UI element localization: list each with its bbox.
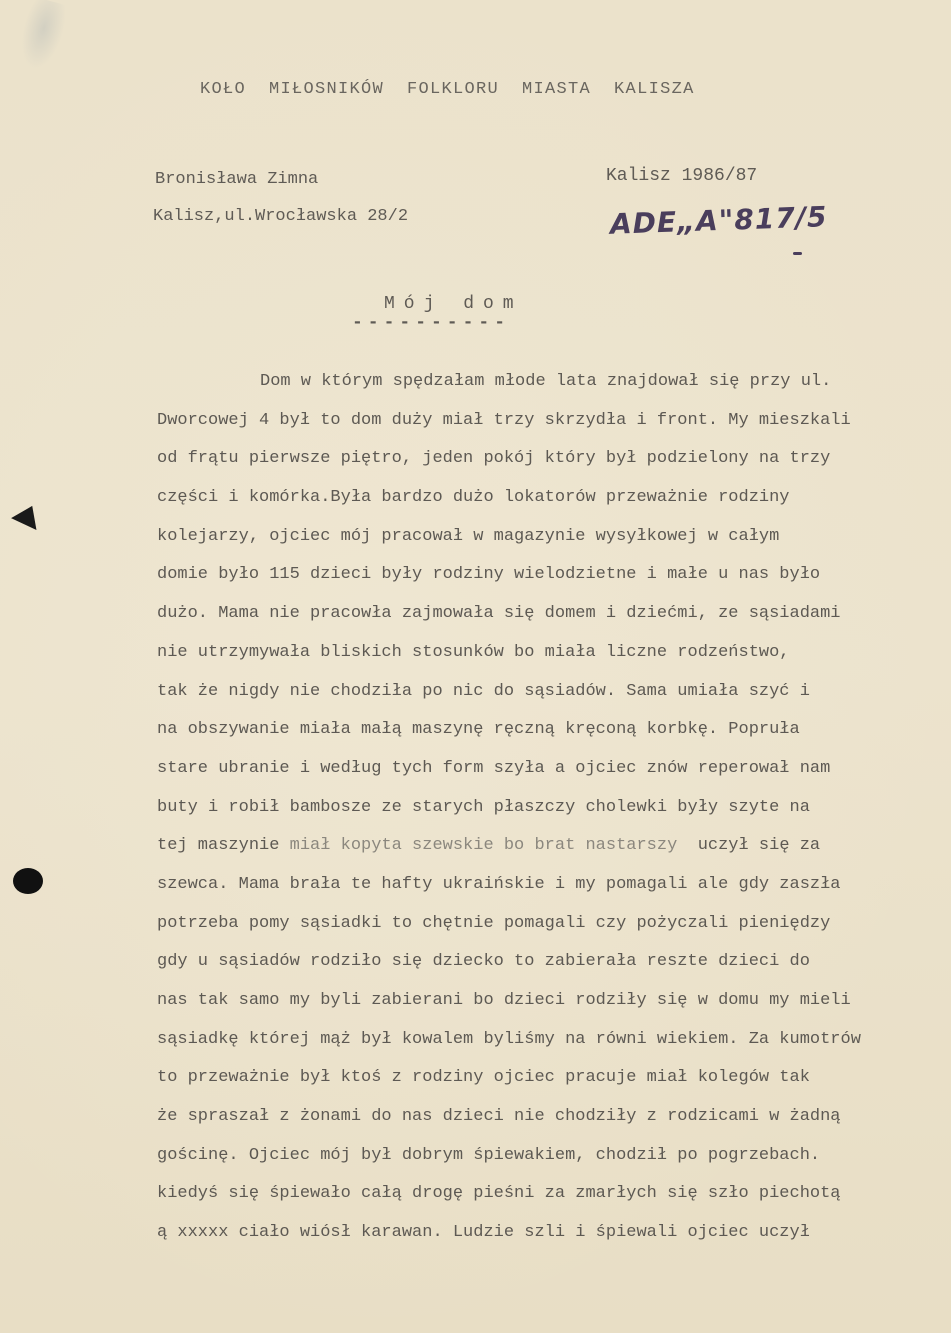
body-line: tej maszynie miał kopyta szewskie bo bra… [157,832,951,871]
document-page: KOŁO MIŁOSNIKÓW FOLKLORU MIASTA KALISZA … [0,0,951,1333]
body-line: nas tak samo my byli zabierani bo dzieci… [157,987,951,1026]
body-line: to przeważnie był ktoś z rodziny ojciec … [157,1064,951,1103]
body-line: stare ubranie i według tych form szyła a… [157,755,951,794]
body-line: gdy u sąsiadów rodziło się dziecko to za… [157,948,951,987]
body-line: na obszywanie miała małą maszynę ręczną … [157,716,951,755]
body-line: sąsiadkę której mąż był kowalem byliśmy … [157,1026,951,1065]
archive-code-handwritten: ADE„A"817/5 [609,200,828,241]
body-line: buty i robił bambosze ze starych płaszcz… [157,794,951,833]
body-line: kiedyś się śpiewało całą drogę pieśni za… [157,1180,951,1219]
document-title: Mój dom [384,294,523,314]
body-line: szewca. Mama brała te hafty ukraińskie i… [157,871,951,910]
faint-typed-segment: miał kopyta szewskie bo brat nastarszy [290,836,678,855]
body-line: że spraszał z żonami do nas dzieci nie c… [157,1103,951,1142]
body-line: Dom w którym spędzałam młode lata znajdo… [157,368,951,407]
body-line: kolejarzy, ojciec mój pracował w magazyn… [157,523,951,562]
body-line: tak że nigdy nie chodziła po nic do sąsi… [157,678,951,717]
body-line: potrzeba pomy sąsiadki to chętnie pomaga… [157,910,951,949]
margin-ink-mark [11,500,45,530]
title-underline: ---------- [352,313,510,333]
body-line: nie utrzymywała bliskich stosunków bo mi… [157,639,951,678]
organization-header: KOŁO MIŁOSNIKÓW FOLKLORU MIASTA KALISZA [200,80,695,99]
body-line: gościnę. Ojciec mój był dobrym śpiewakie… [157,1142,951,1181]
author-name: Bronisława Zimna [155,170,318,189]
author-address: Kalisz,ul.Wrocławska 28/2 [153,207,408,226]
archive-code-underline-mark [793,252,802,255]
body-line: Dworcowej 4 był to dom duży miał trzy sk… [157,407,951,446]
body-line: od frątu pierwsze piętro, jeden pokój kt… [157,445,951,484]
body-line: części i komórka.Była bardzo dużo lokato… [157,484,951,523]
body-line: dużo. Mama nie pracowła zajmowała się do… [157,600,951,639]
body-line: domie było 115 dzieci były rodziny wielo… [157,561,951,600]
paper-smudge [14,0,71,74]
punch-hole [13,868,43,894]
place-date: Kalisz 1986/87 [606,166,757,186]
body-text: Dom w którym spędzałam młode lata znajdo… [157,368,951,1258]
body-line: ą xxxxx ciało wiósł karawan. Ludzie szli… [157,1219,951,1258]
